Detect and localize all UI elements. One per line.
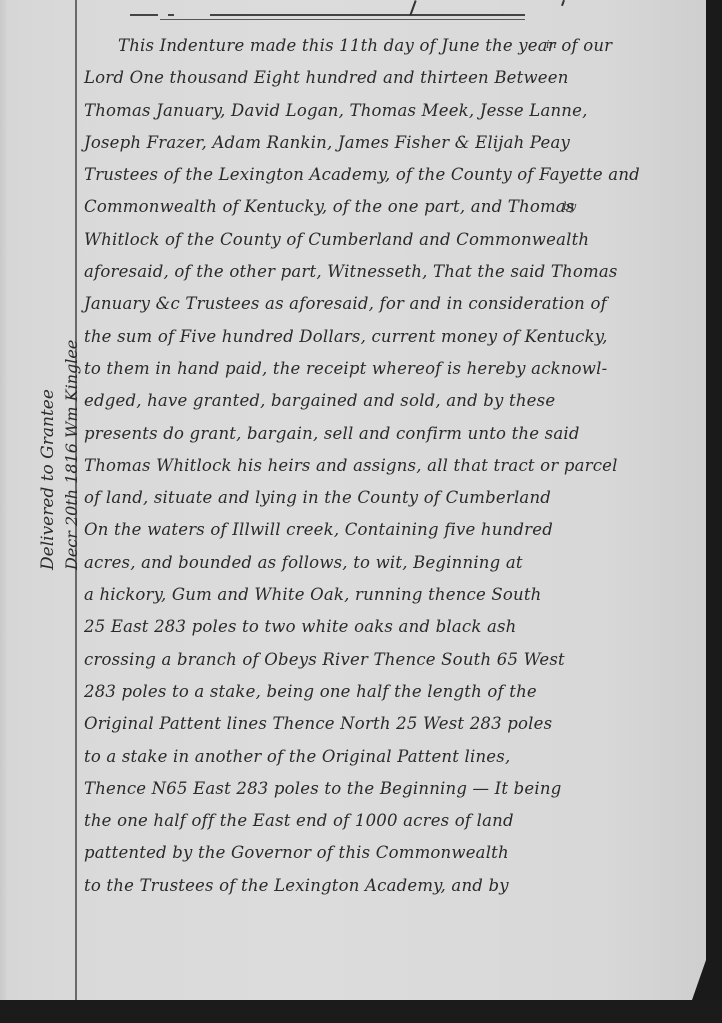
text-line: 25 East 283 poles to two white oaks and … <box>84 611 704 643</box>
text-line: Thomas January, David Logan, Thomas Meek… <box>84 95 704 127</box>
text-line: Trustees of the Lexington Academy, of th… <box>84 159 704 191</box>
margin-note-line-1: Delivered to Grantee <box>38 389 58 570</box>
text-line: Commonwealth of Kentucky, of the one par… <box>84 191 704 223</box>
text-line: presents do grant, bargain, sell and con… <box>84 418 704 450</box>
rule-segment <box>160 19 525 20</box>
rule-segment <box>130 14 158 16</box>
manuscript-page: Delivered to Grantee Decr 20th 1816 Wm K… <box>0 0 706 1023</box>
margin-annotation: Delivered to Grantee Decr 20th 1816 Wm K… <box>6 140 76 580</box>
text-line: This Indenture made this 11th day of Jun… <box>84 30 704 62</box>
text-line: to the Trustees of the Lexington Academy… <box>84 870 704 902</box>
margin-note-line-2: Decr 20th 1816 Wm Kinglee <box>62 340 81 570</box>
text-line: a hickory, Gum and White Oak, running th… <box>84 579 704 611</box>
rule-segment <box>210 14 525 16</box>
header-rule-lines <box>130 0 710 30</box>
text-line: of land, situate and lying in the County… <box>84 482 704 514</box>
text-line: 283 poles to a stake, being one half the… <box>84 676 704 708</box>
deed-text: This Indenture made this 11th day of Jun… <box>84 30 704 902</box>
text-line: January &c Trustees as aforesaid, for an… <box>84 288 704 320</box>
text-line: Original Pattent lines Thence North 25 W… <box>84 708 704 740</box>
text-line: crossing a branch of Obeys River Thence … <box>84 644 704 676</box>
text-line: the sum of Five hundred Dollars, current… <box>84 321 704 353</box>
pen-stroke <box>561 0 565 6</box>
text-line: pattented by the Governor of this Common… <box>84 837 704 869</box>
text-line: to a stake in another of the Original Pa… <box>84 741 704 773</box>
text-line: edged, have granted, bargained and sold,… <box>84 385 704 417</box>
rule-segment <box>168 14 174 16</box>
text-line: Thomas Whitlock his heirs and assigns, a… <box>84 450 704 482</box>
scan-background <box>0 1000 722 1023</box>
text-line: acres, and bounded as follows, to wit, B… <box>84 547 704 579</box>
text-line: the one half off the East end of 1000 ac… <box>84 805 704 837</box>
text-line: On the waters of Illwill creek, Containi… <box>84 514 704 546</box>
text-line: Lord One thousand Eight hundred and thir… <box>84 62 704 94</box>
text-line: Thence N65 East 283 poles to the Beginni… <box>84 773 704 805</box>
text-line: aforesaid, of the other part, Witnesseth… <box>84 256 704 288</box>
text-line: Joseph Frazer, Adam Rankin, James Fisher… <box>84 127 704 159</box>
text-line: Whitlock of the County of Cumberland and… <box>84 224 704 256</box>
text-line: to them in hand paid, the receipt whereo… <box>84 353 704 385</box>
